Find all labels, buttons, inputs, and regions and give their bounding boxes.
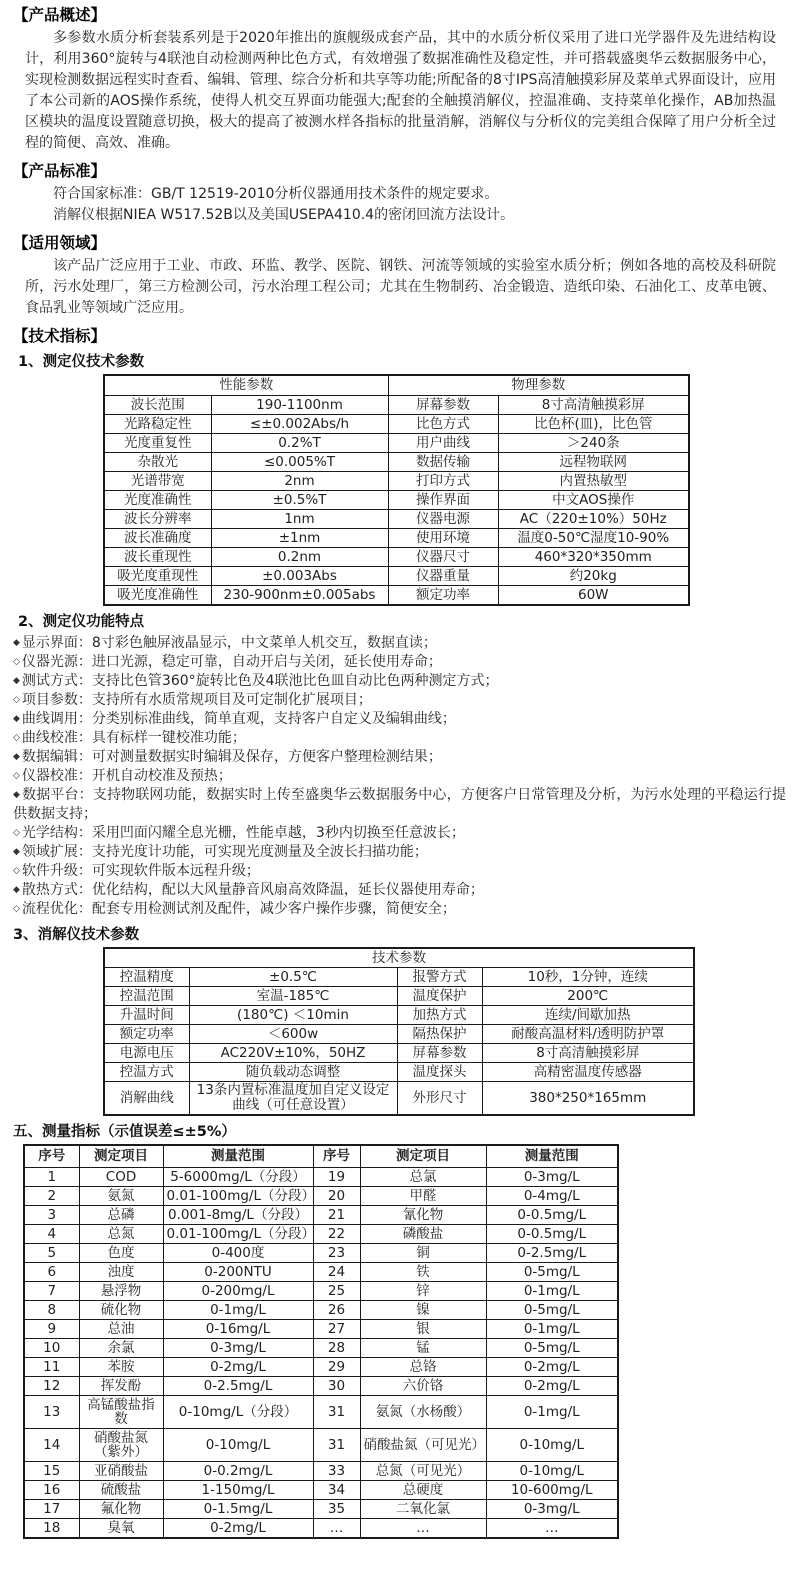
table-cell: 额定功率 bbox=[104, 1025, 189, 1044]
table-cell: 9 bbox=[24, 1320, 79, 1339]
table-cell: 1 bbox=[24, 1168, 79, 1187]
table-cell: 控温范围 bbox=[104, 987, 189, 1006]
table-cell: 约20kg bbox=[498, 567, 689, 586]
table-cell: 铜 bbox=[360, 1244, 486, 1263]
table-cell: 0-2mg/L bbox=[163, 1358, 313, 1377]
table-cell: 电源电压 bbox=[104, 1044, 189, 1063]
table-cell: 3 bbox=[24, 1206, 79, 1225]
table-row: 9总油0-16mg/L27银0-1mg/L bbox=[24, 1320, 618, 1339]
table-cell: 仪器尺寸 bbox=[388, 548, 498, 567]
table-cell: ±0.5%T bbox=[211, 491, 388, 510]
table-cell: 总油 bbox=[79, 1320, 163, 1339]
table-cell: 杂散光 bbox=[104, 453, 211, 472]
standards-line: 消解仪根据NIEA W517.52B以及美国USEPA410.4的密闭回流方法设… bbox=[25, 205, 776, 226]
table-cell: 19 bbox=[313, 1168, 360, 1187]
table-cell: 报警方式 bbox=[397, 968, 482, 987]
column-header: 测量范围 bbox=[486, 1145, 618, 1168]
table-cell: 0-0.5mg/L bbox=[486, 1225, 618, 1244]
filled-diamond-icon: ◆ bbox=[13, 790, 20, 800]
table-cell: 臭氧 bbox=[79, 1519, 163, 1538]
filled-diamond-icon: ◆ bbox=[13, 638, 20, 648]
table-cell: 氟化物 bbox=[79, 1500, 163, 1519]
table-cell: 总硬度 bbox=[360, 1481, 486, 1500]
table-cell: ＜600w bbox=[189, 1025, 397, 1044]
column-header: 技术参数 bbox=[104, 948, 694, 968]
table-row: 4总氮0.01-100mg/L（分段）22磷酸盐0-0.5mg/L bbox=[24, 1225, 618, 1244]
table-row: 15亚硝酸盐0-0.2mg/L33总氮（可见光）0-10mg/L bbox=[24, 1462, 618, 1481]
table-cell: 总氮（可见光） bbox=[360, 1462, 486, 1481]
table-cell: 30 bbox=[313, 1377, 360, 1396]
table-cell: 0-10mg/L bbox=[486, 1462, 618, 1481]
table-row: 3总磷0.001-8mg/L（分段）21氰化物0-0.5mg/L bbox=[24, 1206, 618, 1225]
measurement-heading: 五、测量指标（示值误差≤±5%） bbox=[13, 1123, 786, 1141]
feature-item: ◇曲线校准：具有标样一键校准功能； bbox=[13, 729, 786, 748]
table-cell: 光路稳定性 bbox=[104, 415, 211, 434]
hollow-diamond-icon: ◇ bbox=[13, 866, 20, 876]
table-cell: 耐酸高温材料/透明防护罩 bbox=[482, 1025, 694, 1044]
column-header: 性能参数 bbox=[104, 375, 388, 396]
table-cell: 2 bbox=[24, 1187, 79, 1206]
digester-params-table: 技术参数 控温精度±0.5℃报警方式10秒，1分钟，连续控温范围室温-185℃温… bbox=[103, 947, 695, 1116]
table-cell: 380*250*165mm bbox=[482, 1082, 694, 1116]
table-cell: 温度保护 bbox=[397, 987, 482, 1006]
features-heading: 2、测定仪功能特点 bbox=[18, 613, 786, 631]
digester-params-heading: 3、消解仪技术参数 bbox=[13, 926, 786, 944]
table-cell: 4 bbox=[24, 1225, 79, 1244]
table-cell: ≤±0.002Abs/h bbox=[211, 415, 388, 434]
table-cell: 17 bbox=[24, 1500, 79, 1519]
table-cell: 甲醛 bbox=[360, 1187, 486, 1206]
table-row: 控温范围室温-185℃温度保护200℃ bbox=[104, 987, 694, 1006]
table-cell: 光度重复性 bbox=[104, 434, 211, 453]
feature-item: ◆散热方式：优化结构，配以大风量静音风扇高效降温，延长仪器使用寿命； bbox=[13, 881, 786, 900]
column-header: 序号 bbox=[24, 1145, 79, 1168]
section-title-tech-specs: 【技术指标】 bbox=[13, 327, 786, 346]
table-cell: 5-6000mg/L（分段） bbox=[163, 1168, 313, 1187]
table-cell: 控温精度 bbox=[104, 968, 189, 987]
table-row: 18臭氧0-2mg/L……… bbox=[24, 1519, 618, 1538]
table-cell: 波长准确度 bbox=[104, 529, 211, 548]
feature-item: ◆测试方式：支持比色管360°旋转比色及4联池比色皿自动比色两种测定方式； bbox=[13, 672, 786, 691]
table-cell: 1nm bbox=[211, 510, 388, 529]
feature-item: ◇软件升级：可实现软件版本远程升级； bbox=[13, 862, 786, 881]
table-cell: 0-2mg/L bbox=[486, 1377, 618, 1396]
column-header: 测量范围 bbox=[163, 1145, 313, 1168]
table-row: 11苯胺0-2mg/L29总铬0-2mg/L bbox=[24, 1358, 618, 1377]
table-row: 13高锰酸盐指数0-10mg/L（分段）31氨氮（水杨酸）0-1mg/L bbox=[24, 1396, 618, 1429]
table-cell: 0-4mg/L bbox=[486, 1187, 618, 1206]
table-cell: 硫酸盐 bbox=[79, 1481, 163, 1500]
table-row: 升温时间(180℃) ＜10min加热方式连续/间歇加热 bbox=[104, 1006, 694, 1025]
table-cell: 20 bbox=[313, 1187, 360, 1206]
table-cell: 内置热敏型 bbox=[498, 472, 689, 491]
table-cell: 0-0.5mg/L bbox=[486, 1206, 618, 1225]
table-cell: (180℃) ＜10min bbox=[189, 1006, 397, 1025]
table-row: 杂散光≤0.005%T数据传输远程物联网 bbox=[104, 453, 689, 472]
table-cell: … bbox=[313, 1519, 360, 1538]
table-cell: 0-2.5mg/L bbox=[163, 1377, 313, 1396]
table-cell: 氨氮 bbox=[79, 1187, 163, 1206]
column-header: 测定项目 bbox=[360, 1145, 486, 1168]
table-cell: 35 bbox=[313, 1500, 360, 1519]
table-cell: 屏幕参数 bbox=[397, 1044, 482, 1063]
table-cell: 用户曲线 bbox=[388, 434, 498, 453]
table-cell: 远程物联网 bbox=[498, 453, 689, 472]
table-row: 吸光度准确性230-900nm±0.005abs额定功率60W bbox=[104, 586, 689, 606]
table-cell: 190-1100nm bbox=[211, 396, 388, 415]
table-row: 光度准确性±0.5%T操作界面中文AOS操作 bbox=[104, 491, 689, 510]
table-row: 17氟化物0-1.5mg/L35二氧化氯0-3mg/L bbox=[24, 1500, 618, 1519]
section-title-overview: 【产品概述】 bbox=[13, 6, 786, 25]
feature-item: ◇项目参数：支持所有水质常规项目及可定制化扩展项目； bbox=[13, 691, 786, 710]
table-cell: 0-200mg/L bbox=[163, 1282, 313, 1301]
table-cell: 0-16mg/L bbox=[163, 1320, 313, 1339]
table-cell: 额定功率 bbox=[388, 586, 498, 606]
table-cell: 苯胺 bbox=[79, 1358, 163, 1377]
table-row: 7悬浮物0-200mg/L25锌0-1mg/L bbox=[24, 1282, 618, 1301]
table-cell: 仪器电源 bbox=[388, 510, 498, 529]
table-header-row: 序号 测定项目 测量范围 序号 测定项目 测量范围 bbox=[24, 1145, 618, 1168]
table-row: 波长准确度±1nm使用环境温度0-50℃湿度10-90% bbox=[104, 529, 689, 548]
table-cell: 0.01-100mg/L（分段） bbox=[163, 1187, 313, 1206]
hollow-diamond-icon: ◇ bbox=[13, 771, 20, 781]
table-cell: 连续/间歇加热 bbox=[482, 1006, 694, 1025]
table-cell: 波长重现性 bbox=[104, 548, 211, 567]
table-cell: 随负载动态调整 bbox=[189, 1063, 397, 1082]
table-cell: ±0.003Abs bbox=[211, 567, 388, 586]
table-cell: COD bbox=[79, 1168, 163, 1187]
filled-diamond-icon: ◆ bbox=[13, 847, 20, 857]
filled-diamond-icon: ◆ bbox=[13, 714, 20, 724]
table-cell: … bbox=[486, 1519, 618, 1538]
table-cell: 15 bbox=[24, 1462, 79, 1481]
overview-paragraph: 多参数水质分析套装系列是于2020年推出的旗舰级成套产品，其中的水质分析仪采用了… bbox=[25, 28, 776, 154]
table-row: 消解曲线13条内置标准温度加自定义设定曲线（可任意设置）外形尺寸380*250*… bbox=[104, 1082, 694, 1116]
table-cell: 13条内置标准温度加自定义设定曲线（可任意设置） bbox=[189, 1082, 397, 1116]
table-cell: 0.2nm bbox=[211, 548, 388, 567]
standards-line: 符合国家标准：GB/T 12519-2010分析仪器通用技术条件的规定要求。 bbox=[25, 184, 776, 205]
table-cell: 11 bbox=[24, 1358, 79, 1377]
table-cell: 波长分辨率 bbox=[104, 510, 211, 529]
table-row: 2氨氮0.01-100mg/L（分段）20甲醛0-4mg/L bbox=[24, 1187, 618, 1206]
table-cell: 31 bbox=[313, 1396, 360, 1429]
table-cell: 0-2.5mg/L bbox=[486, 1244, 618, 1263]
table-cell: 加热方式 bbox=[397, 1006, 482, 1025]
feature-item: ◆数据平台：支持物联网功能，数据实时上传至盛奥华云数据服务中心，方便客户日常管理… bbox=[13, 786, 786, 824]
table-cell: … bbox=[360, 1519, 486, 1538]
table-cell: 200℃ bbox=[482, 987, 694, 1006]
table-cell: 0.01-100mg/L（分段） bbox=[163, 1225, 313, 1244]
table-cell: 打印方式 bbox=[388, 472, 498, 491]
table-cell: 锰 bbox=[360, 1339, 486, 1358]
table-cell: 隔热保护 bbox=[397, 1025, 482, 1044]
table-cell: 二氧化氯 bbox=[360, 1500, 486, 1519]
table-cell: 0-400度 bbox=[163, 1244, 313, 1263]
table-cell: 色度 bbox=[79, 1244, 163, 1263]
feature-item: ◆数据编辑：可对测量数据实时编辑及保存，方便客户整理检测结果； bbox=[13, 748, 786, 767]
table-cell: 1-150mg/L bbox=[163, 1481, 313, 1500]
table-cell: 22 bbox=[313, 1225, 360, 1244]
feature-item: ◆显示界面：8寸彩色触屏液晶显示，中文菜单人机交互，数据直读； bbox=[13, 634, 786, 653]
table-cell: ±1nm bbox=[211, 529, 388, 548]
measurement-table: 序号 测定项目 测量范围 序号 测定项目 测量范围 1COD5-6000mg/L… bbox=[23, 1144, 619, 1539]
feature-item: ◇仪器光源：进口光源，稳定可靠，自动开启与关闭，延长使用寿命； bbox=[13, 653, 786, 672]
hollow-diamond-icon: ◇ bbox=[13, 828, 20, 838]
table-cell: 23 bbox=[313, 1244, 360, 1263]
table-cell: 0-5mg/L bbox=[486, 1339, 618, 1358]
section-title-standards: 【产品标准】 bbox=[13, 162, 786, 181]
table-cell: 升温时间 bbox=[104, 1006, 189, 1025]
table-cell: 10-600mg/L bbox=[486, 1481, 618, 1500]
column-header: 物理参数 bbox=[388, 375, 689, 396]
table-cell: 仪器重量 bbox=[388, 567, 498, 586]
table-cell: 2nm bbox=[211, 472, 388, 491]
table-cell: 浊度 bbox=[79, 1263, 163, 1282]
table-cell: 外形尺寸 bbox=[397, 1082, 482, 1116]
table-cell: 21 bbox=[313, 1206, 360, 1225]
table-cell: 高锰酸盐指数 bbox=[79, 1396, 163, 1429]
table-row: 光路稳定性≤±0.002Abs/h比色方式比色杯(皿)，比色管 bbox=[104, 415, 689, 434]
table-cell: 温度探头 bbox=[397, 1063, 482, 1082]
table-cell: 0-10mg/L bbox=[486, 1429, 618, 1462]
table-cell: 28 bbox=[313, 1339, 360, 1358]
table-cell: 0-10mg/L（分段） bbox=[163, 1396, 313, 1429]
table-cell: 比色杯(皿)，比色管 bbox=[498, 415, 689, 434]
hollow-diamond-icon: ◇ bbox=[13, 904, 20, 914]
table-cell: 控温方式 bbox=[104, 1063, 189, 1082]
table-row: 光谱带宽2nm打印方式内置热敏型 bbox=[104, 472, 689, 491]
table-cell: 31 bbox=[313, 1429, 360, 1462]
table-row: 电源电压AC220V±10%，50HZ屏幕参数8寸高清触摸彩屏 bbox=[104, 1044, 694, 1063]
table-cell: 六价铬 bbox=[360, 1377, 486, 1396]
table-cell: AC220V±10%，50HZ bbox=[189, 1044, 397, 1063]
table-row: 控温精度±0.5℃报警方式10秒，1分钟，连续 bbox=[104, 968, 694, 987]
table-cell: 波长范围 bbox=[104, 396, 211, 415]
table-row: 光度重复性0.2%T用户曲线＞240条 bbox=[104, 434, 689, 453]
filled-diamond-icon: ◆ bbox=[13, 885, 20, 895]
table-cell: 26 bbox=[313, 1301, 360, 1320]
table-cell: 27 bbox=[313, 1320, 360, 1339]
table-cell: 锌 bbox=[360, 1282, 486, 1301]
table-cell: 0-1.5mg/L bbox=[163, 1500, 313, 1519]
table-cell: 氰化物 bbox=[360, 1206, 486, 1225]
table-cell: 8 bbox=[24, 1301, 79, 1320]
table-cell: ≤0.005%T bbox=[211, 453, 388, 472]
feature-item: ◇流程优化：配套专用检测试剂及配件，减少客户操作步骤，简便安全； bbox=[13, 900, 786, 919]
feature-item: ◆曲线调用：分类别标准曲线，简单直观，支持客户自定义及编辑曲线； bbox=[13, 710, 786, 729]
table-cell: 33 bbox=[313, 1462, 360, 1481]
feature-item: ◆领域扩展：支持光度计功能，可实现光度测量及全波长扫描功能； bbox=[13, 843, 786, 862]
table-row: 5色度0-400度23铜0-2.5mg/L bbox=[24, 1244, 618, 1263]
table-cell: 0-1mg/L bbox=[163, 1301, 313, 1320]
table-cell: 0-3mg/L bbox=[486, 1500, 618, 1519]
table-cell: 铁 bbox=[360, 1263, 486, 1282]
table-cell: 24 bbox=[313, 1263, 360, 1282]
table-row: 额定功率＜600w隔热保护耐酸高温材料/透明防护罩 bbox=[104, 1025, 694, 1044]
table-cell: 室温-185℃ bbox=[189, 987, 397, 1006]
table-cell: 0-2mg/L bbox=[486, 1358, 618, 1377]
features-list: ◆显示界面：8寸彩色触屏液晶显示，中文菜单人机交互，数据直读；◇仪器光源：进口光… bbox=[13, 634, 786, 919]
table-cell: 总磷 bbox=[79, 1206, 163, 1225]
table-cell: 光谱带宽 bbox=[104, 472, 211, 491]
table-cell: 使用环境 bbox=[388, 529, 498, 548]
filled-diamond-icon: ◆ bbox=[13, 676, 20, 686]
table-cell: 0.2%T bbox=[211, 434, 388, 453]
table-row: 波长重现性0.2nm仪器尺寸460*320*350mm bbox=[104, 548, 689, 567]
table-cell: 7 bbox=[24, 1282, 79, 1301]
table-cell: 比色方式 bbox=[388, 415, 498, 434]
document-page: 【产品概述】 多参数水质分析套装系列是于2020年推出的旗舰级成套产品，其中的水… bbox=[0, 0, 800, 1539]
table-cell: 0-200NTU bbox=[163, 1263, 313, 1282]
table-cell: 0-5mg/L bbox=[486, 1263, 618, 1282]
table-cell: AC（220±10%）50Hz bbox=[498, 510, 689, 529]
table-cell: 悬浮物 bbox=[79, 1282, 163, 1301]
table-cell: 0-3mg/L bbox=[486, 1168, 618, 1187]
hollow-diamond-icon: ◇ bbox=[13, 695, 20, 705]
table-cell: 12 bbox=[24, 1377, 79, 1396]
table-cell: 吸光度重现性 bbox=[104, 567, 211, 586]
table-row: 吸光度重现性±0.003Abs仪器重量约20kg bbox=[104, 567, 689, 586]
table-header-row: 技术参数 bbox=[104, 948, 694, 968]
table-cell: 18 bbox=[24, 1519, 79, 1538]
table-row: 1COD5-6000mg/L（分段）19总氯0-3mg/L bbox=[24, 1168, 618, 1187]
table-cell: 10秒，1分钟，连续 bbox=[482, 968, 694, 987]
table-cell: 氨氮（水杨酸） bbox=[360, 1396, 486, 1429]
table-cell: 银 bbox=[360, 1320, 486, 1339]
table-cell: 6 bbox=[24, 1263, 79, 1282]
table-cell: 0-0.2mg/L bbox=[163, 1462, 313, 1481]
hollow-diamond-icon: ◇ bbox=[13, 733, 20, 743]
table-row: 波长范围190-1100nm屏幕参数8寸高清触摸彩屏 bbox=[104, 396, 689, 415]
filled-diamond-icon: ◆ bbox=[13, 752, 20, 762]
table-header-row: 性能参数 物理参数 bbox=[104, 375, 689, 396]
table-cell: 温度0-50℃湿度10-90% bbox=[498, 529, 689, 548]
table-cell: 230-900nm±0.005abs bbox=[211, 586, 388, 606]
table-cell: 5 bbox=[24, 1244, 79, 1263]
fields-paragraph: 该产品广泛应用于工业、市政、环监、教学、医院、钢铁、河流等领域的实验室水质分析；… bbox=[25, 256, 776, 319]
section-title-fields: 【适用领域】 bbox=[13, 234, 786, 253]
table-cell: 中文AOS操作 bbox=[498, 491, 689, 510]
table-cell: 高精密温度传感器 bbox=[482, 1063, 694, 1082]
table-cell: 460*320*350mm bbox=[498, 548, 689, 567]
table-cell: 34 bbox=[313, 1481, 360, 1500]
column-header: 测定项目 bbox=[79, 1145, 163, 1168]
table-cell: 25 bbox=[313, 1282, 360, 1301]
table-cell: 16 bbox=[24, 1481, 79, 1500]
table-cell: 光度准确性 bbox=[104, 491, 211, 510]
table-cell: ±0.5℃ bbox=[189, 968, 397, 987]
table-cell: 挥发酚 bbox=[79, 1377, 163, 1396]
table-row: 控温方式随负载动态调整温度探头高精密温度传感器 bbox=[104, 1063, 694, 1082]
table-row: 16硫酸盐1-150mg/L34总硬度10-600mg/L bbox=[24, 1481, 618, 1500]
table-cell: 14 bbox=[24, 1429, 79, 1462]
table-cell: 硝酸盐氮（可见光） bbox=[360, 1429, 486, 1462]
table-cell: 8寸高清触摸彩屏 bbox=[482, 1044, 694, 1063]
table-cell: 29 bbox=[313, 1358, 360, 1377]
table-cell: ＞240条 bbox=[498, 434, 689, 453]
table-cell: 0.001-8mg/L（分段） bbox=[163, 1206, 313, 1225]
table-cell: 0-3mg/L bbox=[163, 1339, 313, 1358]
table-row: 波长分辨率1nm仪器电源AC（220±10%）50Hz bbox=[104, 510, 689, 529]
table-row: 6浊度0-200NTU24铁0-5mg/L bbox=[24, 1263, 618, 1282]
table-cell: 余氯 bbox=[79, 1339, 163, 1358]
feature-item: ◇光学结构：采用凹面闪耀全息光栅，性能卓越，3秒内切换至任意波长； bbox=[13, 824, 786, 843]
table-cell: 0-2mg/L bbox=[163, 1519, 313, 1538]
analyzer-params-heading: 1、测定仪技术参数 bbox=[18, 353, 786, 371]
table-cell: 硫化物 bbox=[79, 1301, 163, 1320]
table-row: 12挥发酚0-2.5mg/L30六价铬0-2mg/L bbox=[24, 1377, 618, 1396]
table-cell: 吸光度准确性 bbox=[104, 586, 211, 606]
table-cell: 60W bbox=[498, 586, 689, 606]
table-cell: 0-1mg/L bbox=[486, 1320, 618, 1339]
table-cell: 13 bbox=[24, 1396, 79, 1429]
table-cell: 总氯 bbox=[360, 1168, 486, 1187]
table-cell: 总氮 bbox=[79, 1225, 163, 1244]
table-cell: 0-1mg/L bbox=[486, 1396, 618, 1429]
table-cell: 0-5mg/L bbox=[486, 1301, 618, 1320]
table-row: 10余氯0-3mg/L28锰0-5mg/L bbox=[24, 1339, 618, 1358]
table-row: 8硫化物0-1mg/L26镍0-5mg/L bbox=[24, 1301, 618, 1320]
table-cell: 数据传输 bbox=[388, 453, 498, 472]
table-cell: 镍 bbox=[360, 1301, 486, 1320]
table-cell: 屏幕参数 bbox=[388, 396, 498, 415]
column-header: 序号 bbox=[313, 1145, 360, 1168]
table-cell: 亚硝酸盐 bbox=[79, 1462, 163, 1481]
table-cell: 总铬 bbox=[360, 1358, 486, 1377]
table-cell: 0-1mg/L bbox=[486, 1282, 618, 1301]
analyzer-params-table: 性能参数 物理参数 波长范围190-1100nm屏幕参数8寸高清触摸彩屏光路稳定… bbox=[103, 374, 690, 606]
table-row: 14硝酸盐氮（紫外）0-10mg/L31硝酸盐氮（可见光）0-10mg/L bbox=[24, 1429, 618, 1462]
hollow-diamond-icon: ◇ bbox=[13, 657, 20, 667]
table-cell: 10 bbox=[24, 1339, 79, 1358]
feature-item: ◇仪器校准：开机自动校准及预热； bbox=[13, 767, 786, 786]
table-cell: 操作界面 bbox=[388, 491, 498, 510]
table-cell: 消解曲线 bbox=[104, 1082, 189, 1116]
table-cell: 磷酸盐 bbox=[360, 1225, 486, 1244]
table-cell: 8寸高清触摸彩屏 bbox=[498, 396, 689, 415]
table-cell: 0-10mg/L bbox=[163, 1429, 313, 1462]
table-cell: 硝酸盐氮（紫外） bbox=[79, 1429, 163, 1462]
